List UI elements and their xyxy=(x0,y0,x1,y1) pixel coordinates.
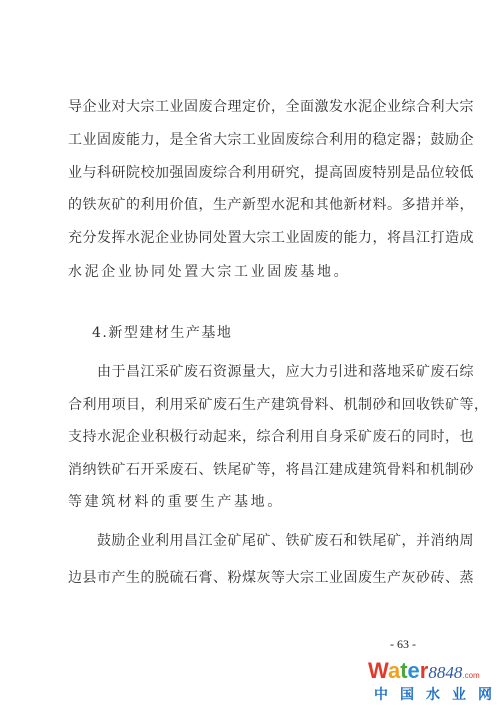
page-number: - 63 - xyxy=(390,637,416,652)
logo-domain-suffix: .com xyxy=(462,671,479,680)
paragraph-1-line-1: 导企业对大宗工业固废合理定价，全面激发水泥企业综合利大宗 xyxy=(68,98,438,116)
paragraph-1-line-3: 业与科研院校加强固废综合利用研究，提高固废特别是品位较低 xyxy=(68,164,438,182)
paragraph-2-line-2: 合利用项目，利用采矿废石生产建筑骨料、机制砂和回收铁矿等， xyxy=(68,396,438,414)
logo-number: 8848 xyxy=(428,663,462,682)
logo-wordmark: Water8848.com xyxy=(368,660,480,682)
logo-letter-a: a xyxy=(388,658,400,683)
paragraph-1-line-5: 充分发挥水泥企业协同处置大宗工业固废的能力，将昌江打造成 xyxy=(68,229,438,247)
section-heading: 4.新型建材生产基地 xyxy=(92,324,232,342)
paragraph-1-line-2: 工业固废能力，是全省大宗工业固废综合利用的稳定器；鼓励企 xyxy=(68,131,438,149)
logo-letter-t: t xyxy=(400,658,407,683)
paragraph-3-line-1: 鼓励企业利用昌江金矿尾矿、铁矿废石和铁尾矿，并消纳周 xyxy=(97,532,438,550)
paragraph-2-line-4: 消纳铁矿石开采废石、铁尾矿等，将昌江建成建筑骨料和机制砂 xyxy=(68,461,438,479)
water8848-watermark-logo: Water8848.com 中国水业网 xyxy=(368,660,498,704)
paragraph-2-line-1: 由于昌江采矿废石资源量大，应大力引进和落地采矿废石综 xyxy=(97,363,438,381)
paragraph-2-line-3: 支持水泥企业积极行动起来，综合利用自身采矿废石的同时，也 xyxy=(68,428,438,446)
paragraph-1-line-4: 的铁灰矿的利用价值，生产新型水泥和其他新材料。多措并举， xyxy=(68,196,438,214)
logo-subtitle: 中国水业网 xyxy=(374,684,500,704)
paragraph-3-line-2: 边县市产生的脱硫石膏、粉煤灰等大宗工业固废生产灰砂砖、蒸 xyxy=(68,569,438,587)
paragraph-1-line-6: 水泥企业协同处置大宗工业固废基地。 xyxy=(68,263,438,281)
logo-letter-w: W xyxy=(368,658,388,683)
document-page: 导企业对大宗工业固废合理定价，全面激发水泥企业综合利大宗 工业固废能力，是全省大… xyxy=(0,0,500,707)
paragraph-2-line-5: 等建筑材料的重要生产基地。 xyxy=(68,493,438,511)
logo-letter-e: e xyxy=(408,658,420,683)
